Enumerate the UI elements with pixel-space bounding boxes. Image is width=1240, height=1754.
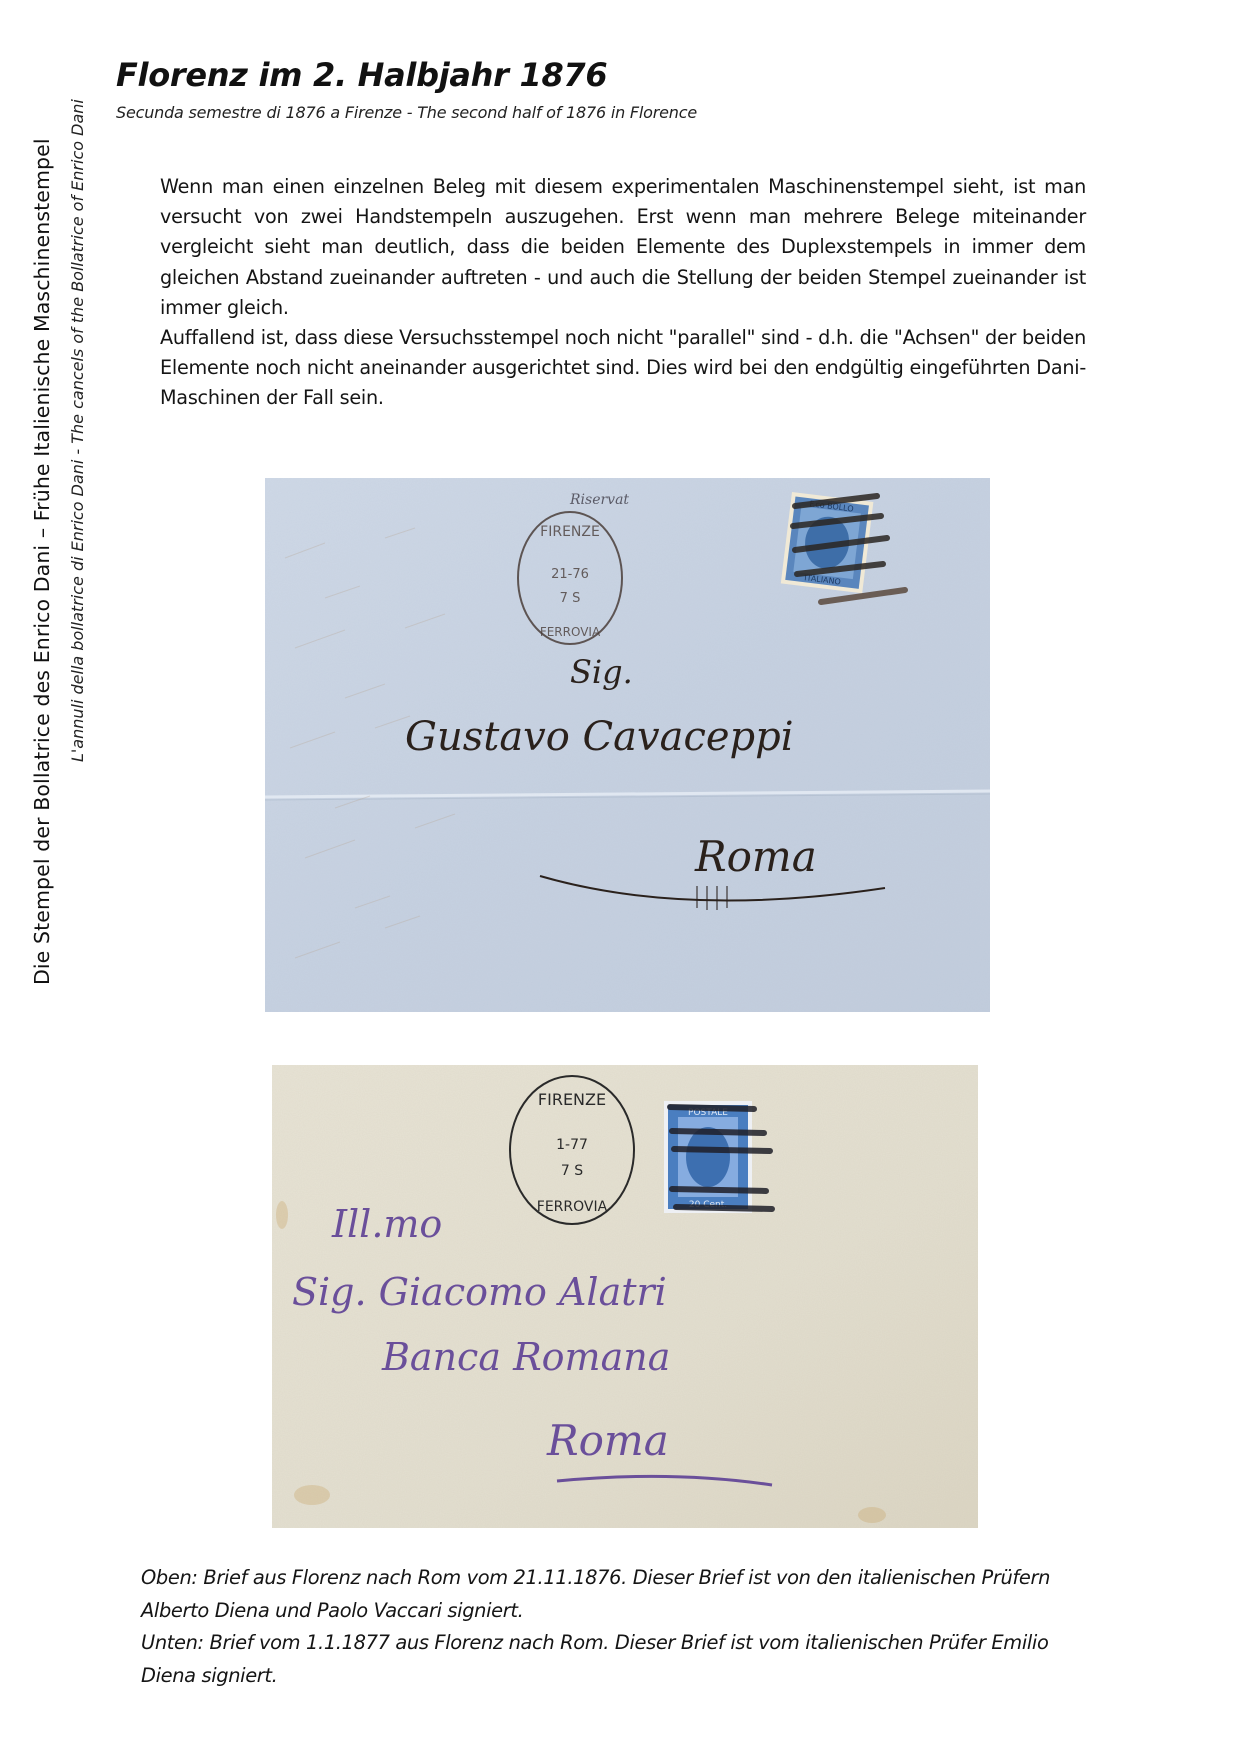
svg-text:1-77: 1-77 [556, 1137, 588, 1153]
letter-image-top: Riservat FIRENZE 21-76 7 S FERROVIA F.co… [265, 478, 990, 1012]
svg-text:7 S: 7 S [561, 1163, 583, 1179]
caption-line-bottom: Unten: Brief vom 1.1.1877 aus Florenz na… [141, 1627, 1081, 1692]
svg-text:Gustavo Cavaceppi: Gustavo Cavaceppi [405, 714, 794, 760]
page-title: Florenz im 2. Halbjahr 1876 [116, 56, 607, 94]
svg-text:FERROVIA: FERROVIA [540, 625, 601, 639]
side-header: Die Stempel der Bollatrice des Enrico Da… [0, 0, 110, 1000]
svg-text:FERROVIA: FERROVIA [537, 1199, 608, 1215]
side-header-sub: L'annuli della bollatrice di Enrico Dani… [68, 99, 87, 762]
svg-text:21-76: 21-76 [551, 567, 589, 582]
svg-text:7 S: 7 S [560, 591, 581, 606]
stamp-icon: POSTALE 20 Cent. [664, 1101, 752, 1213]
svg-text:Sig. Giacomo Alatri: Sig. Giacomo Alatri [292, 1270, 667, 1314]
caption: Oben: Brief aus Florenz nach Rom vom 21.… [141, 1562, 1081, 1692]
svg-text:Banca Romana: Banca Romana [381, 1335, 670, 1379]
svg-text:Roma: Roma [694, 832, 817, 881]
letter-image-bottom: FIRENZE 1-77 7 S FERROVIA POSTALE 20 Cen… [272, 1065, 978, 1528]
body-paragraph: Wenn man einen einzelnen Beleg mit diese… [160, 172, 1086, 323]
body-text: Wenn man einen einzelnen Beleg mit diese… [160, 172, 1086, 414]
side-header-main: Die Stempel der Bollatrice des Enrico Da… [30, 138, 54, 985]
svg-text:Roma: Roma [546, 1416, 669, 1465]
svg-text:Sig.: Sig. [570, 653, 633, 691]
body-paragraph: Auffallend ist, dass diese Versuchsstemp… [160, 323, 1086, 414]
page-subtitle: Secunda semestre di 1876 a Firenze - The… [116, 103, 697, 122]
svg-text:FIRENZE: FIRENZE [540, 524, 600, 540]
svg-text:Ill.mo: Ill.mo [331, 1202, 442, 1246]
svg-text:Riservat: Riservat [569, 492, 629, 508]
svg-text:FIRENZE: FIRENZE [538, 1090, 606, 1109]
caption-line-top: Oben: Brief aus Florenz nach Rom vom 21.… [141, 1562, 1081, 1627]
